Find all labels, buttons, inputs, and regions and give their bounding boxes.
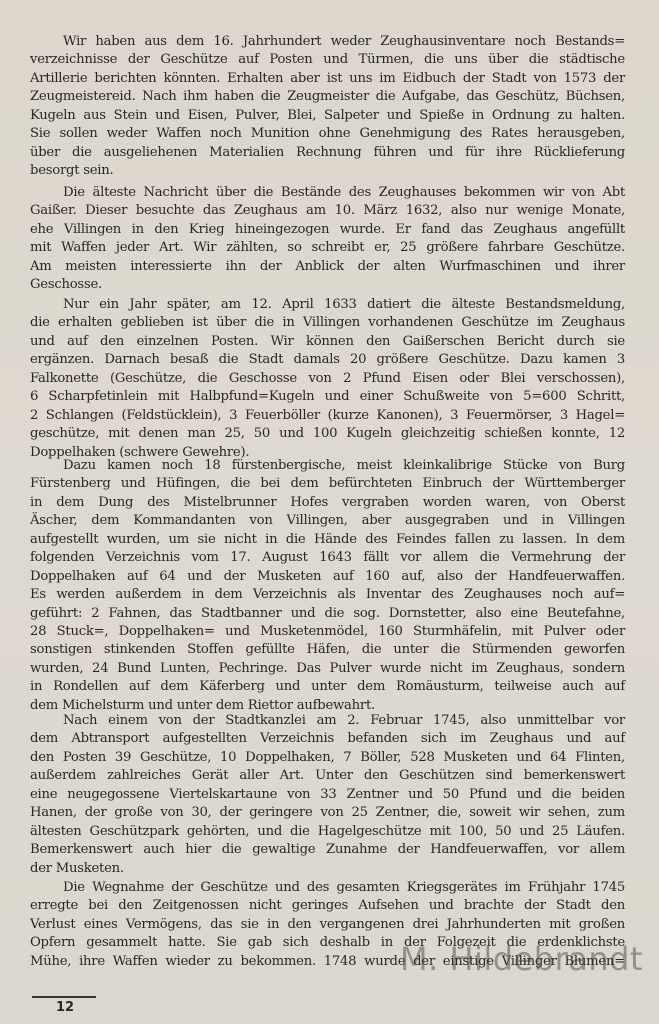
text-line: mit Waffen jeder Art. Wir zählten, so sc… [30,239,625,257]
text-line: verzeichnisse der Geschütze auf Posten u… [30,51,625,69]
watermark: M. Hildebrandt [400,940,643,978]
text-line: besorgt sein. [30,162,625,180]
footnote-rule [32,996,96,998]
text-line: ehe Villingen in den Krieg hineingezogen… [30,221,625,239]
text-line: aufgestellt wurden, um sie nicht in die … [30,531,625,549]
text-line: und auf den einzelnen Posten. Wir können… [30,333,625,351]
text-line: Die älteste Nachricht über die Bestände … [30,184,625,202]
text-line: wurden, 24 Bund Lunten, Pechringe. Das P… [30,660,625,678]
text-line: geführt: 2 Fahnen, das Stadtbanner und d… [30,605,625,623]
text-line: Geschosse. [30,276,625,294]
text-line: 2 Schlangen (Feldstücklein), 3 Feuerböll… [30,407,625,425]
text-line: Verlust eines Vermögens, das sie in den … [30,916,625,934]
paragraph: Nach einem von der Stadtkanzlei am 2. Fe… [30,712,625,878]
text-line: ergänzen. Darnach besaß die Stadt damals… [30,351,625,369]
text-line: über die ausgeliehenen Materialien Rechn… [30,144,625,162]
text-line: Dazu kamen noch 18 fürstenbergische, mei… [30,457,625,475]
text-line: Wir haben aus dem 16. Jahrhundert weder … [30,33,625,51]
text-line: den Posten 39 Geschütze, 10 Doppelhaken,… [30,749,625,767]
text-line: geschütze, mit denen man 25, 50 und 100 … [30,425,625,443]
text-line: Äscher, dem Kommandanten von Villingen, … [30,512,625,530]
paragraph: Die älteste Nachricht über die Bestände … [30,184,625,295]
paragraph: Dazu kamen noch 18 fürstenbergische, mei… [30,457,625,715]
text-line: Artillerie berichten könnten. Erhalten a… [30,70,625,88]
text-line: Nur ein Jahr später, am 12. April 1633 d… [30,296,625,314]
text-line: Hanen, der große von 30, der geringere v… [30,804,625,822]
text-line: sonstigen stinkenden Stoffen gefüllte Hä… [30,641,625,659]
text-line: Zeugmeistereid. Nach ihm haben die Zeugm… [30,88,625,106]
text-line: Es werden außerdem in dem Verzeichnis al… [30,586,625,604]
text-line: Fürstenberg und Hüfingen, die bei dem be… [30,475,625,493]
text-line: außerdem zahlreiches Gerät aller Art. Un… [30,767,625,785]
page-number: 12 [56,1000,74,1015]
text-line: folgenden Verzeichnis vom 17. August 164… [30,549,625,567]
paragraph: Wir haben aus dem 16. Jahrhundert weder … [30,33,625,181]
text-line: Gaißer. Dieser besuchte das Zeughaus am … [30,202,625,220]
text-line: Doppelhaken auf 64 und der Musketen auf … [30,568,625,586]
paragraph: Nur ein Jahr später, am 12. April 1633 d… [30,296,625,462]
text-line: Nach einem von der Stadtkanzlei am 2. Fe… [30,712,625,730]
text-line: ältesten Geschützpark gehörten, und die … [30,823,625,841]
text-line: Kugeln aus Stein und Eisen, Pulver, Blei… [30,107,625,125]
text-line: die erhalten geblieben ist über die in V… [30,314,625,332]
text-line: in dem Dung des Mistelbrunner Hofes verg… [30,494,625,512]
text-line: in Rondellen auf dem Käferberg und unter… [30,678,625,696]
text-line: erregte bei den Zeitgenossen nicht gerin… [30,897,625,915]
text-line: der Musketen. [30,860,625,878]
text-line: Die Wegnahme der Geschütze und des gesam… [30,879,625,897]
document-page: Wir haben aus dem 16. Jahrhundert weder … [0,0,659,1024]
text-line: Sie sollen weder Waffen noch Munition oh… [30,125,625,143]
text-line: Falkonette (Geschütze, die Geschosse von… [30,370,625,388]
text-line: 28 Stuck=, Doppelhaken= und Musketenmöde… [30,623,625,641]
text-line: Am meisten interessierte ihn der Anblick… [30,258,625,276]
text-line: dem Abtransport aufgestellten Verzeichni… [30,730,625,748]
text-line: eine neugegossene Viertelskartaune von 3… [30,786,625,804]
text-line: 6 Scharpfetinlein mit Halbpfund=Kugeln u… [30,388,625,406]
text-line: Bemerkenswert auch hier die gewaltige Zu… [30,841,625,859]
